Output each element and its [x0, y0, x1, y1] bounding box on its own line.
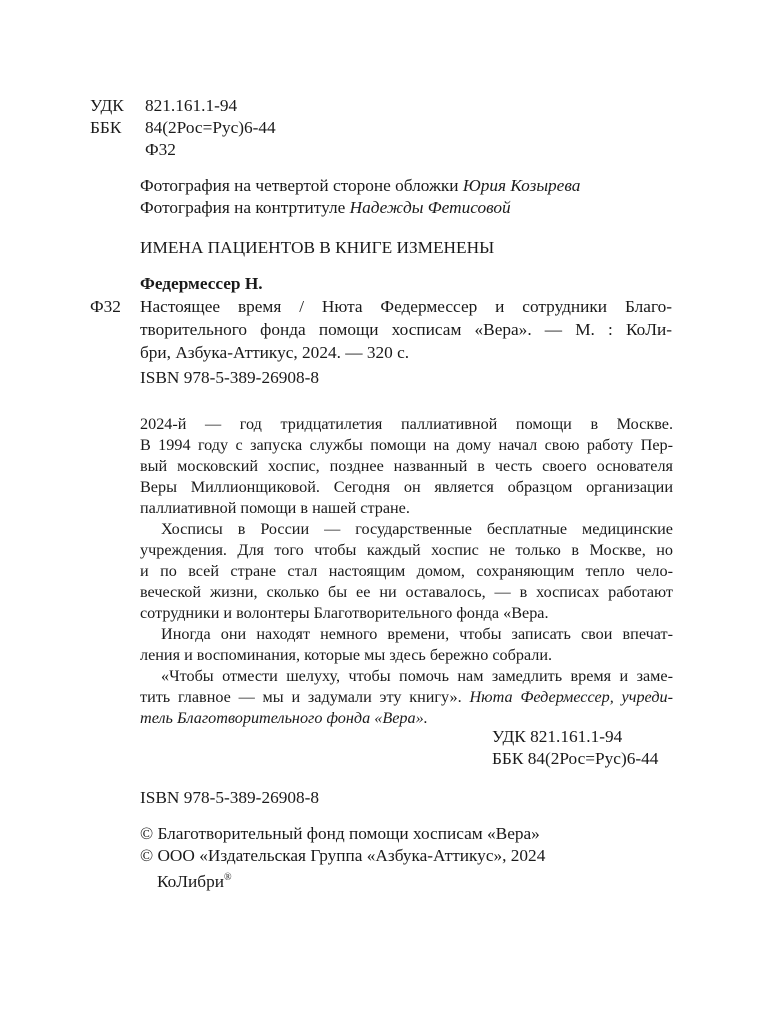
annotation-line: веческой жизни, сколько бы ее ни оставал… — [140, 582, 673, 603]
photographer-name: Юрия Козырева — [463, 176, 580, 195]
bbk-value: 84(2Рос=Рус)6-44 — [145, 117, 276, 139]
copyright-line: © ООО «Издательская Группа «Азбука-Аттик… — [140, 845, 545, 867]
biblio-line: Настоящее время / Нюта Федермессер и сот… — [140, 296, 672, 319]
registered-mark: ® — [224, 872, 232, 883]
photo-credit-cover: Фотография на четвертой стороне обложки … — [140, 175, 580, 197]
patient-names-notice: ИМЕНА ПАЦИЕНТОВ В КНИГЕ ИЗМЕНЕНЫ — [140, 237, 494, 259]
photographer-name: Надежды Фетисовой — [350, 198, 511, 217]
udk-label: УДК — [90, 95, 145, 117]
author-heading: Федермессер Н. — [140, 273, 263, 295]
udk-code: УДК 821.161.1-94 — [492, 726, 658, 748]
isbn-record: ISBN 978-5-389-26908-8 — [140, 367, 319, 389]
annotation-line: сотрудники и волонтеры Благотворительног… — [140, 603, 673, 624]
classification-block: УДК 821.161.1-94 ББК 84(2Рос=Рус)6-44 Ф3… — [90, 95, 276, 161]
biblio-line: творительного фонда помощи хосписам «Вер… — [140, 319, 672, 342]
annotation-line: Веры Миллионщиковой. Сегодня он является… — [140, 477, 673, 498]
annotation-quote-attribution: тить главное — мы и задумали эту книгу».… — [140, 687, 673, 708]
photo-credit-frontispiece: Фотография на контртитуле Надежды Фетисо… — [140, 197, 580, 219]
annotation-line: Иногда они находят немного времени, чтоб… — [140, 624, 673, 645]
udk-value: 821.161.1-94 — [145, 95, 237, 117]
annotation-line: 2024-й — год тридцатилетия паллиативной … — [140, 414, 673, 435]
annotation-line: вый московский хоспис, позднее названный… — [140, 456, 673, 477]
annotation-line: «Чтобы отмести шелуху, чтобы помочь нам … — [140, 666, 673, 687]
imprint-line: КоЛибри® — [140, 867, 545, 889]
author-sign: Ф32 — [145, 139, 176, 161]
bbk-code: ББК 84(2Рос=Рус)6-44 — [492, 748, 658, 770]
imprint-page: УДК 821.161.1-94 ББК 84(2Рос=Рус)6-44 Ф3… — [0, 0, 768, 1033]
annotation-line: учреждения. Для того чтобы каждый хоспис… — [140, 540, 673, 561]
annotation-codes: УДК 821.161.1-94 ББК 84(2Рос=Рус)6-44 — [492, 726, 658, 770]
annotation: 2024-й — год тридцатилетия паллиативной … — [140, 414, 673, 729]
bbk-label: ББК — [90, 117, 145, 139]
annotation-line: ления и воспоминания, которые мы здесь б… — [140, 645, 673, 666]
annotation-line: и по всей стране стал настоящим домом, с… — [140, 561, 673, 582]
annotation-line: паллиативной помощи в нашей стране. — [140, 498, 673, 519]
author-sign-record: Ф32 — [90, 296, 121, 318]
annotation-line: В 1994 году с запуска службы помощи на д… — [140, 435, 673, 456]
isbn-bottom: ISBN 978-5-389-26908-8 — [140, 787, 319, 809]
biblio-line: бри, Азбука-Аттикус, 2024. — 320 с. — [140, 342, 672, 365]
photo-credits: Фотография на четвертой стороне обложки … — [140, 175, 580, 219]
annotation-line: Хосписы в России — государственные беспл… — [140, 519, 673, 540]
copyright-line: © Благотворительный фонд помощи хосписам… — [140, 823, 545, 845]
bibliographic-description: Настоящее время / Нюта Федермессер и сот… — [140, 296, 672, 365]
imprint-name: КоЛибри — [157, 872, 224, 891]
copyright-block: © Благотворительный фонд помощи хосписам… — [140, 823, 545, 889]
